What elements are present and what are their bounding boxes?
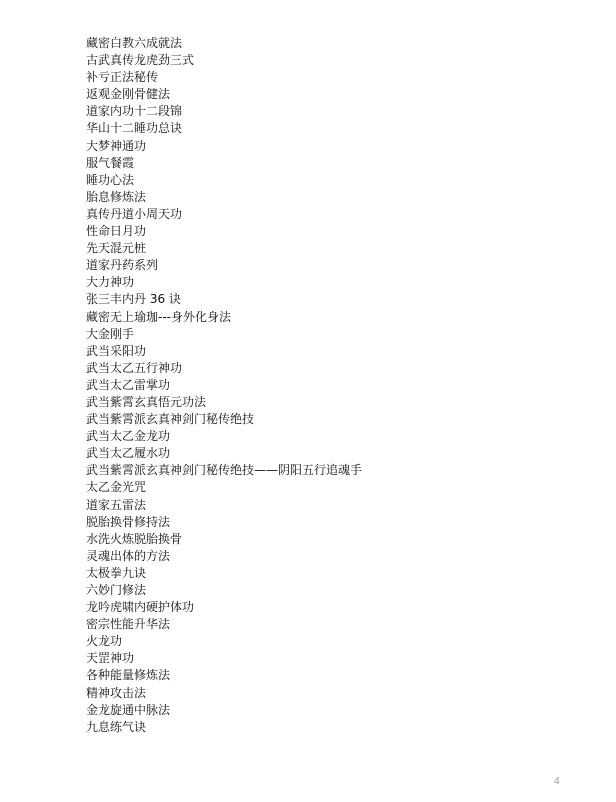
list-item: 太乙金光咒 [86,479,362,496]
list-item: 古武真传龙虎劲三式 [86,52,362,69]
list-item: 武当太乙雷掌功 [86,377,362,394]
list-item: 华山十二睡功总诀 [86,120,362,137]
list-item: 武当紫霄玄真悟元功法 [86,394,362,411]
list-item: 胎息修炼法 [86,189,362,206]
list-item: 睡功心法 [86,172,362,189]
list-item: 补亏正法秘传 [86,69,362,86]
list-item: 灵魂出体的方法 [86,548,362,565]
list-item: 武当太乙金龙功 [86,428,362,445]
list-item: 金龙旋通中脉法 [86,702,362,719]
list-item: 大金刚手 [86,326,362,343]
list-item: 道家内功十二段锦 [86,103,362,120]
list-item: 性命日月功 [86,223,362,240]
list-item: 武当紫霄派玄真神剑门秘传绝技——阴阳五行追魂手 [86,462,362,479]
list-item: 藏密白教六成就法 [86,35,362,52]
list-item: 真传丹道小周天功 [86,206,362,223]
list-item: 大力神功 [86,274,362,291]
list-item: 武当采阳功 [86,343,362,360]
list-item: 九息练气诀 [86,719,362,736]
list-item: 各种能量修炼法 [86,667,362,684]
list-item: 道家丹药系列 [86,257,362,274]
list-item: 密宗性能升华法 [86,616,362,633]
list-item: 水洗火炼脱胎换骨 [86,531,362,548]
list-item: 太极拳九诀 [86,565,362,582]
list-item: 天罡神功 [86,650,362,667]
list-item: 返观金刚骨健法 [86,86,362,103]
list-item: 藏密无上瑜珈---身外化身法 [86,309,362,326]
list-item: 六妙门修法 [86,582,362,599]
page-number: 4 [554,776,560,787]
list-item: 张三丰内丹 36 诀 [86,291,362,308]
list-item: 武当太乙五行神功 [86,360,362,377]
list-item: 脱胎换骨修持法 [86,514,362,531]
list-item: 大梦神通功 [86,138,362,155]
list-item: 火龙功 [86,633,362,650]
list-item: 武当紫霄派玄真神剑门秘传绝技 [86,411,362,428]
list-item: 道家五雷法 [86,497,362,514]
list-item: 服气餐霞 [86,155,362,172]
list-item: 先天混元桩 [86,240,362,257]
title-list: 藏密白教六成就法 古武真传龙虎劲三式 补亏正法秘传 返观金刚骨健法 道家内功十二… [86,35,362,736]
list-item: 龙吟虎啸内硬护体功 [86,599,362,616]
document-page: 藏密白教六成就法 古武真传龙虎劲三式 补亏正法秘传 返观金刚骨健法 道家内功十二… [0,0,616,802]
list-item: 精神攻击法 [86,685,362,702]
list-item: 武当太乙履水功 [86,445,362,462]
